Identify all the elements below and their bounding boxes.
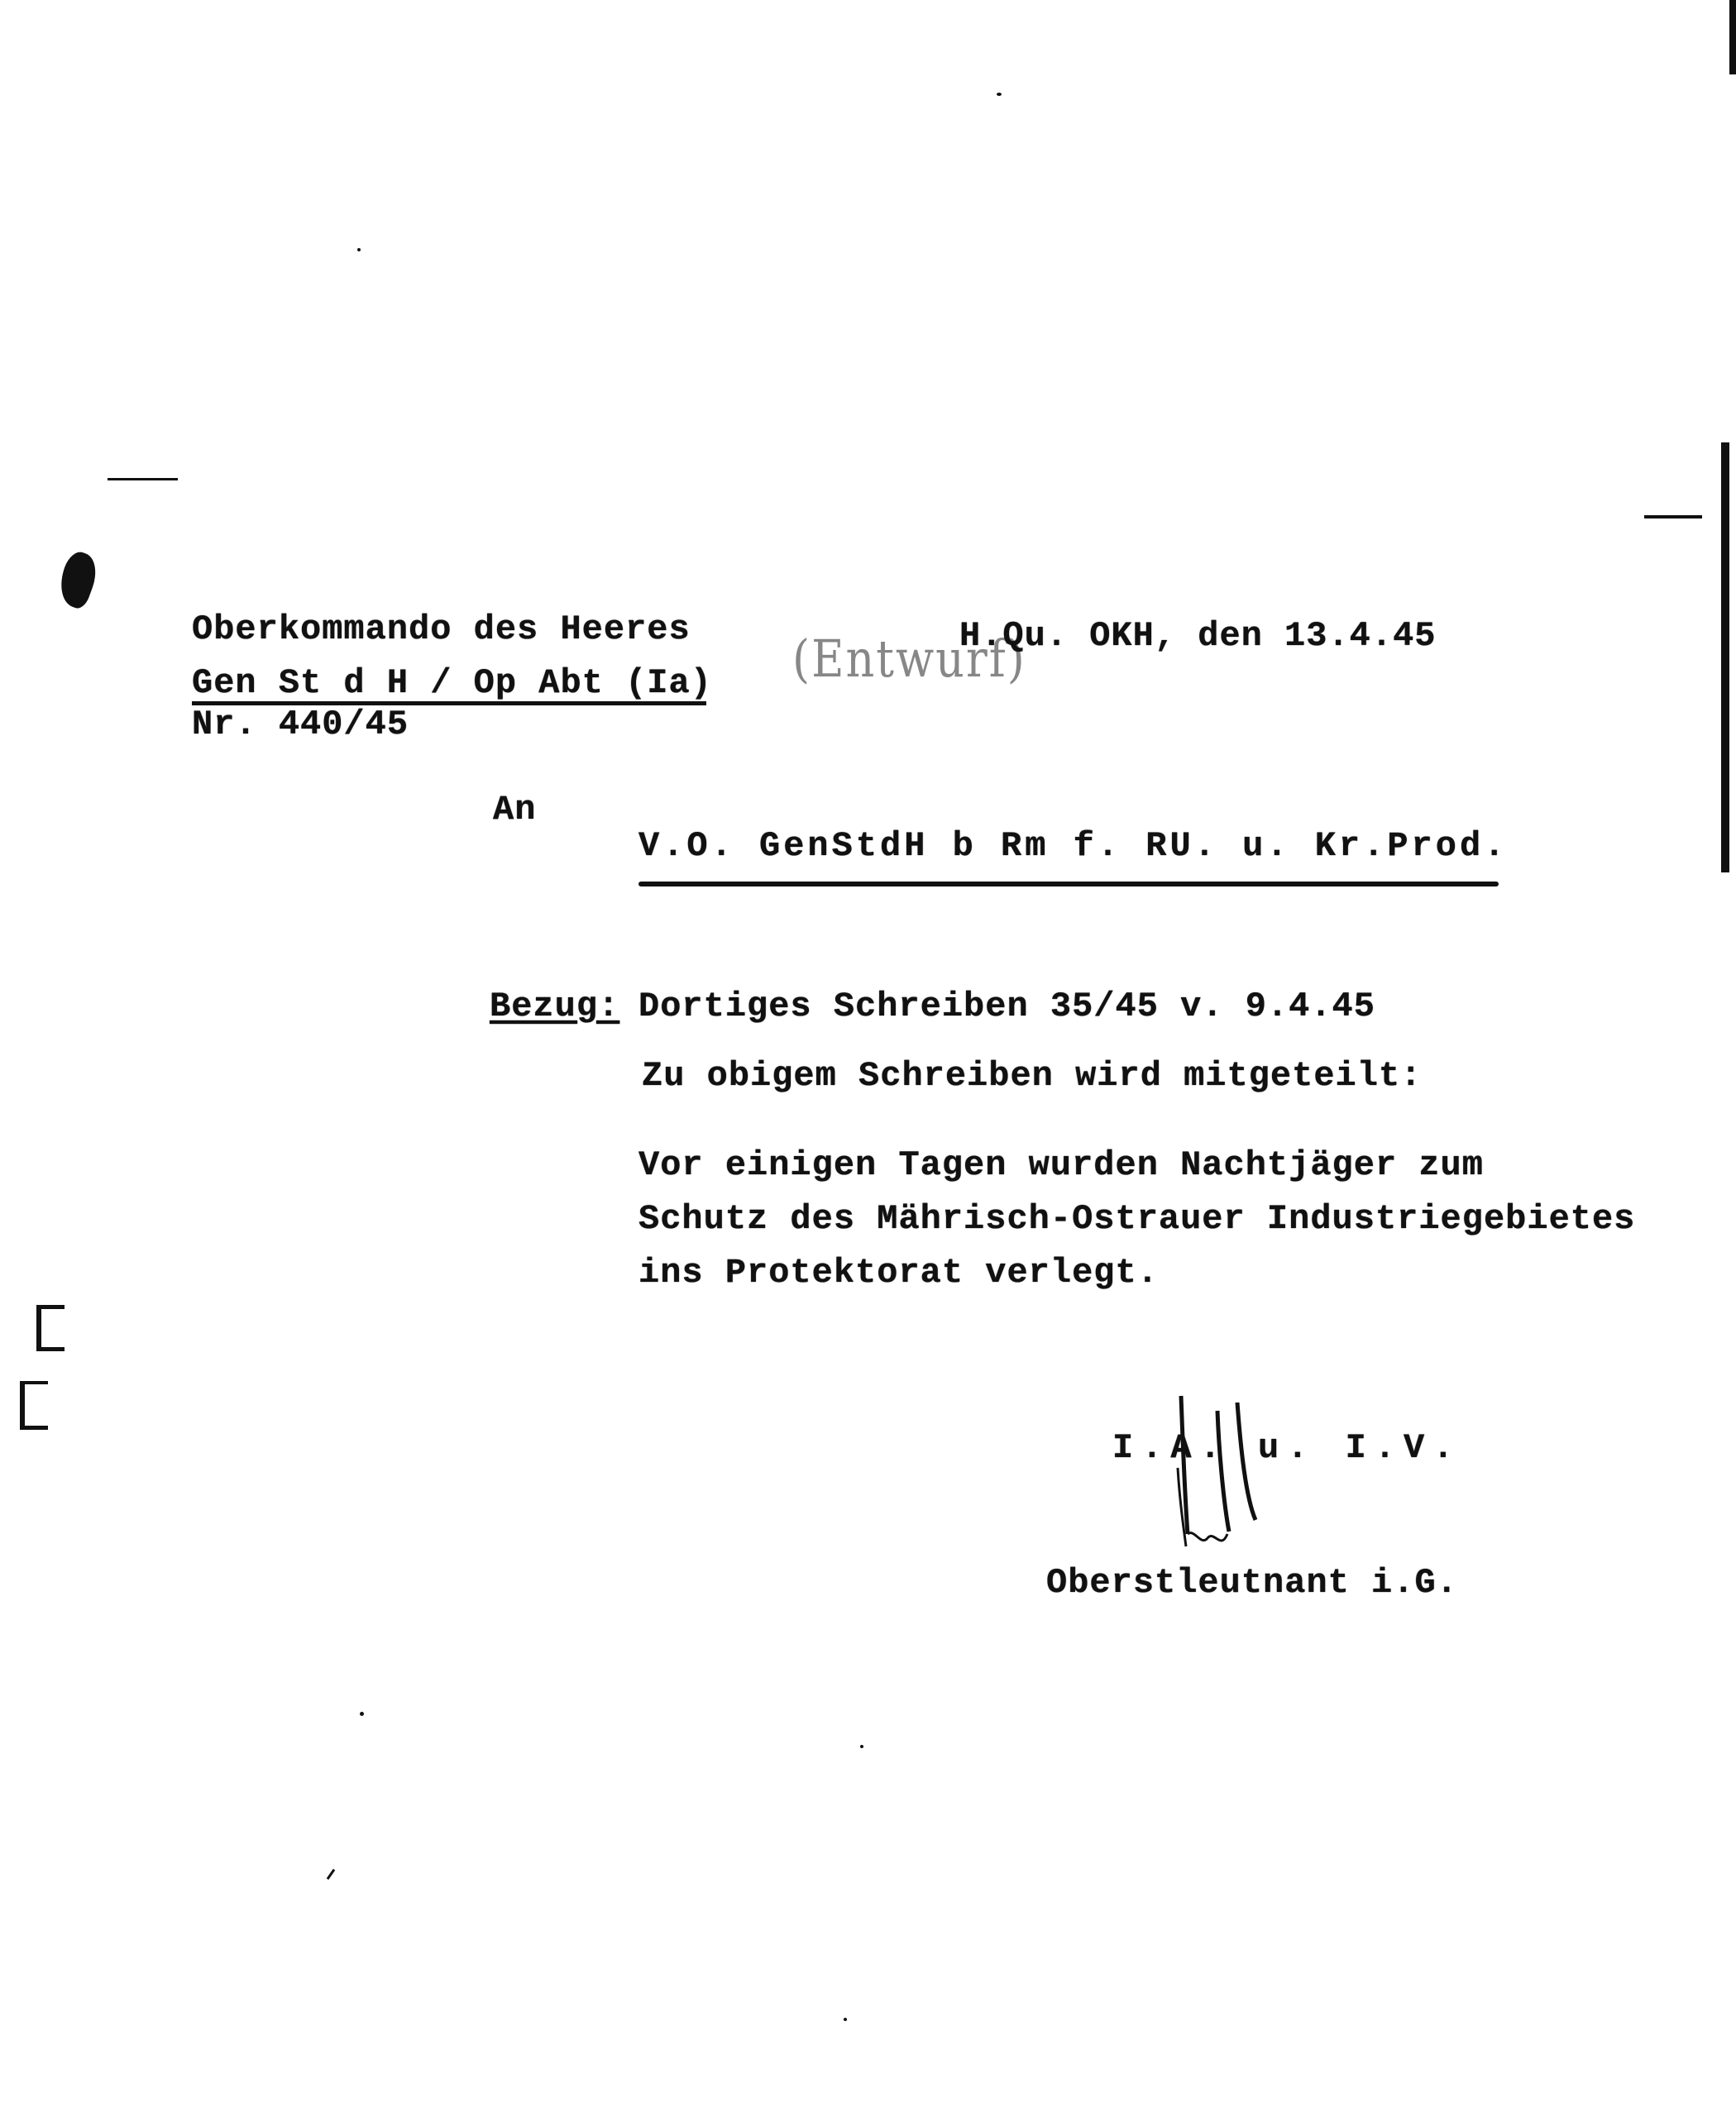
recipient-addressee: V.O. GenStdH b Rm f. RU. u. Kr.Prod. xyxy=(638,829,1508,863)
reference-text: Dortiges Schreiben 35/45 v. 9.4.45 xyxy=(638,989,1375,1024)
body-line-3: ins Protektorat verlegt. xyxy=(638,1255,1159,1290)
signature-rank: Oberstleutnant i.G. xyxy=(1046,1565,1458,1600)
punch-hole-mark-upper xyxy=(36,1305,65,1351)
right-margin-dash xyxy=(1644,515,1702,518)
punch-hole-mark-lower xyxy=(20,1381,48,1430)
margin-dash-mark xyxy=(108,478,178,480)
pen-stroke-mark xyxy=(327,1869,335,1880)
sender-department: Gen St d H / Op Abt (Ia) xyxy=(192,666,712,700)
speck xyxy=(997,93,1002,96)
reference-number: Nr. 440/45 xyxy=(192,707,409,742)
right-edge-shadow xyxy=(1721,442,1729,872)
sender-organization: Oberkommando des Heeres xyxy=(192,612,691,647)
body-line-1: Vor einigen Tagen wurden Nachtjäger zum xyxy=(638,1148,1484,1183)
margin-ink-blot xyxy=(53,548,103,611)
place-date: H.Qu. OKH, den 13.4.45 xyxy=(959,619,1437,653)
right-edge-shadow-top xyxy=(1729,0,1736,74)
speck xyxy=(844,2018,847,2021)
recipient-label: An xyxy=(493,792,536,827)
speck xyxy=(860,1745,863,1748)
body-line-2: Schutz des Mährisch-Ostrauer Industriege… xyxy=(638,1202,1635,1236)
speck xyxy=(357,248,361,251)
speck xyxy=(360,1712,364,1716)
handwritten-signature-icon xyxy=(1158,1389,1274,1555)
recipient-underline xyxy=(638,882,1499,886)
intro-line: Zu obigem Schreiben wird mitgeteilt: xyxy=(642,1058,1422,1093)
reference-label: Bezug: xyxy=(490,989,619,1024)
document-page: Oberkommando des Heeres Gen St d H / Op … xyxy=(0,0,1736,2117)
